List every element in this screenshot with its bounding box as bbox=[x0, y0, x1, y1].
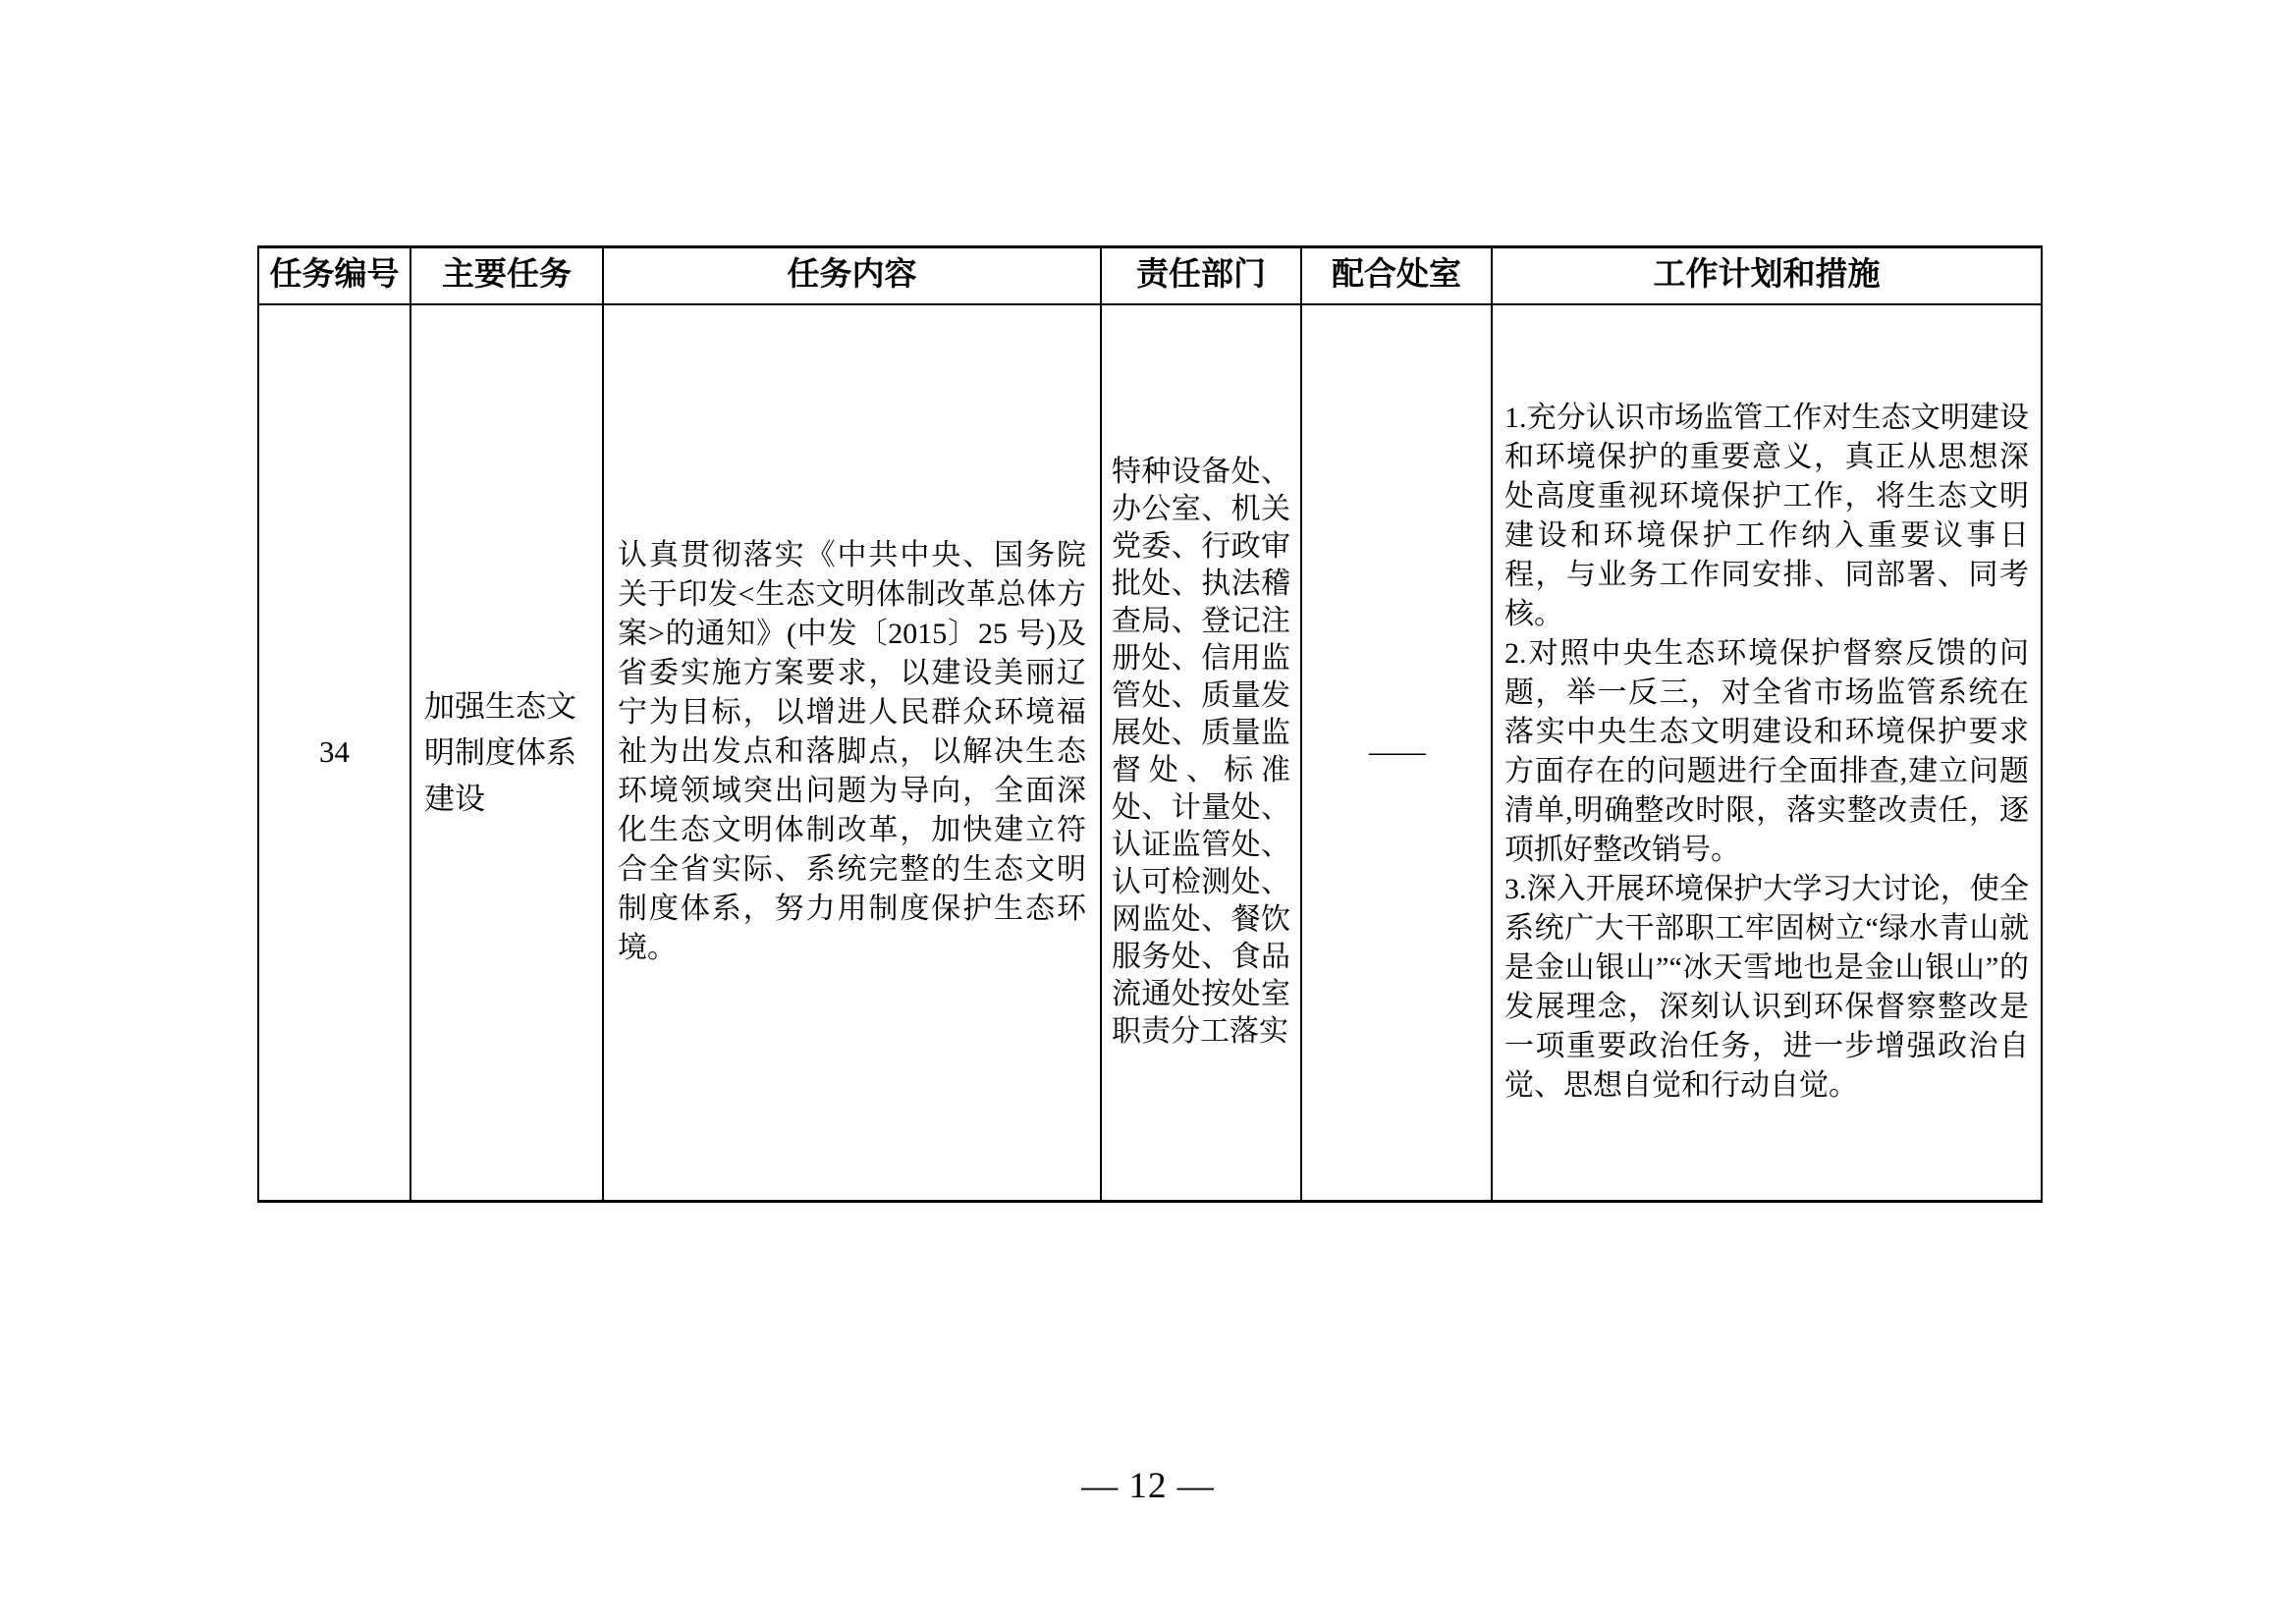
cell-main-task: 加强生态文明制度体系建设 bbox=[410, 304, 603, 1202]
header-work-plan: 工作计划和措施 bbox=[1492, 247, 2042, 304]
cell-task-content: 认真贯彻落实《中共中央、国务院关于印发<生态文明体制改革总体方案>的通知》(中发… bbox=[603, 304, 1101, 1202]
document-body: { "table": { "headers": ["任务编号", "主要任务",… bbox=[0, 0, 2296, 1623]
work-plan-item-3: 3.深入开展环境保护大学习大讨论，使全系统广大干部职工牢固树立“绿水青山就是金山… bbox=[1504, 870, 2029, 1106]
page-number: — 12 — bbox=[0, 1465, 2296, 1507]
header-task-number: 任务编号 bbox=[258, 247, 410, 304]
task-table: 任务编号 主要任务 任务内容 责任部门 配合处室 工作计划和措施 34 加强生态… bbox=[257, 245, 2043, 1203]
page: 任务编号 主要任务 任务内容 责任部门 配合处室 工作计划和措施 34 加强生态… bbox=[0, 0, 2296, 1623]
cell-task-number: 34 bbox=[258, 304, 410, 1202]
header-main-task: 主要任务 bbox=[410, 247, 603, 304]
cell-responsible-dept: 特种设备处、办公室、机关党委、行政审批处、执法稽查局、登记注册处、信用监管处、质… bbox=[1101, 304, 1301, 1202]
header-task-content: 任务内容 bbox=[603, 247, 1101, 304]
cell-work-plan: 1.充分认识市场监管工作对生态文明建设和环境保护的重要意义，真正从思想深处高度重… bbox=[1492, 304, 2042, 1202]
table-row: 34 加强生态文明制度体系建设 认真贯彻落实《中共中央、国务院关于印发<生态文明… bbox=[258, 304, 2042, 1202]
header-cooperating-office: 配合处室 bbox=[1301, 247, 1492, 304]
table-header-row: 任务编号 主要任务 任务内容 责任部门 配合处室 工作计划和措施 bbox=[258, 247, 2042, 304]
cell-cooperating-office: —— bbox=[1301, 304, 1492, 1202]
work-plan-item-2: 2.对照中央生态环境保护督察反馈的问题，举一反三，对全省市场监管系统在落实中央生… bbox=[1504, 634, 2029, 870]
work-plan-item-1: 1.充分认识市场监管工作对生态文明建设和环境保护的重要意义，真正从思想深处高度重… bbox=[1504, 399, 2029, 634]
header-responsible-dept: 责任部门 bbox=[1101, 247, 1301, 304]
